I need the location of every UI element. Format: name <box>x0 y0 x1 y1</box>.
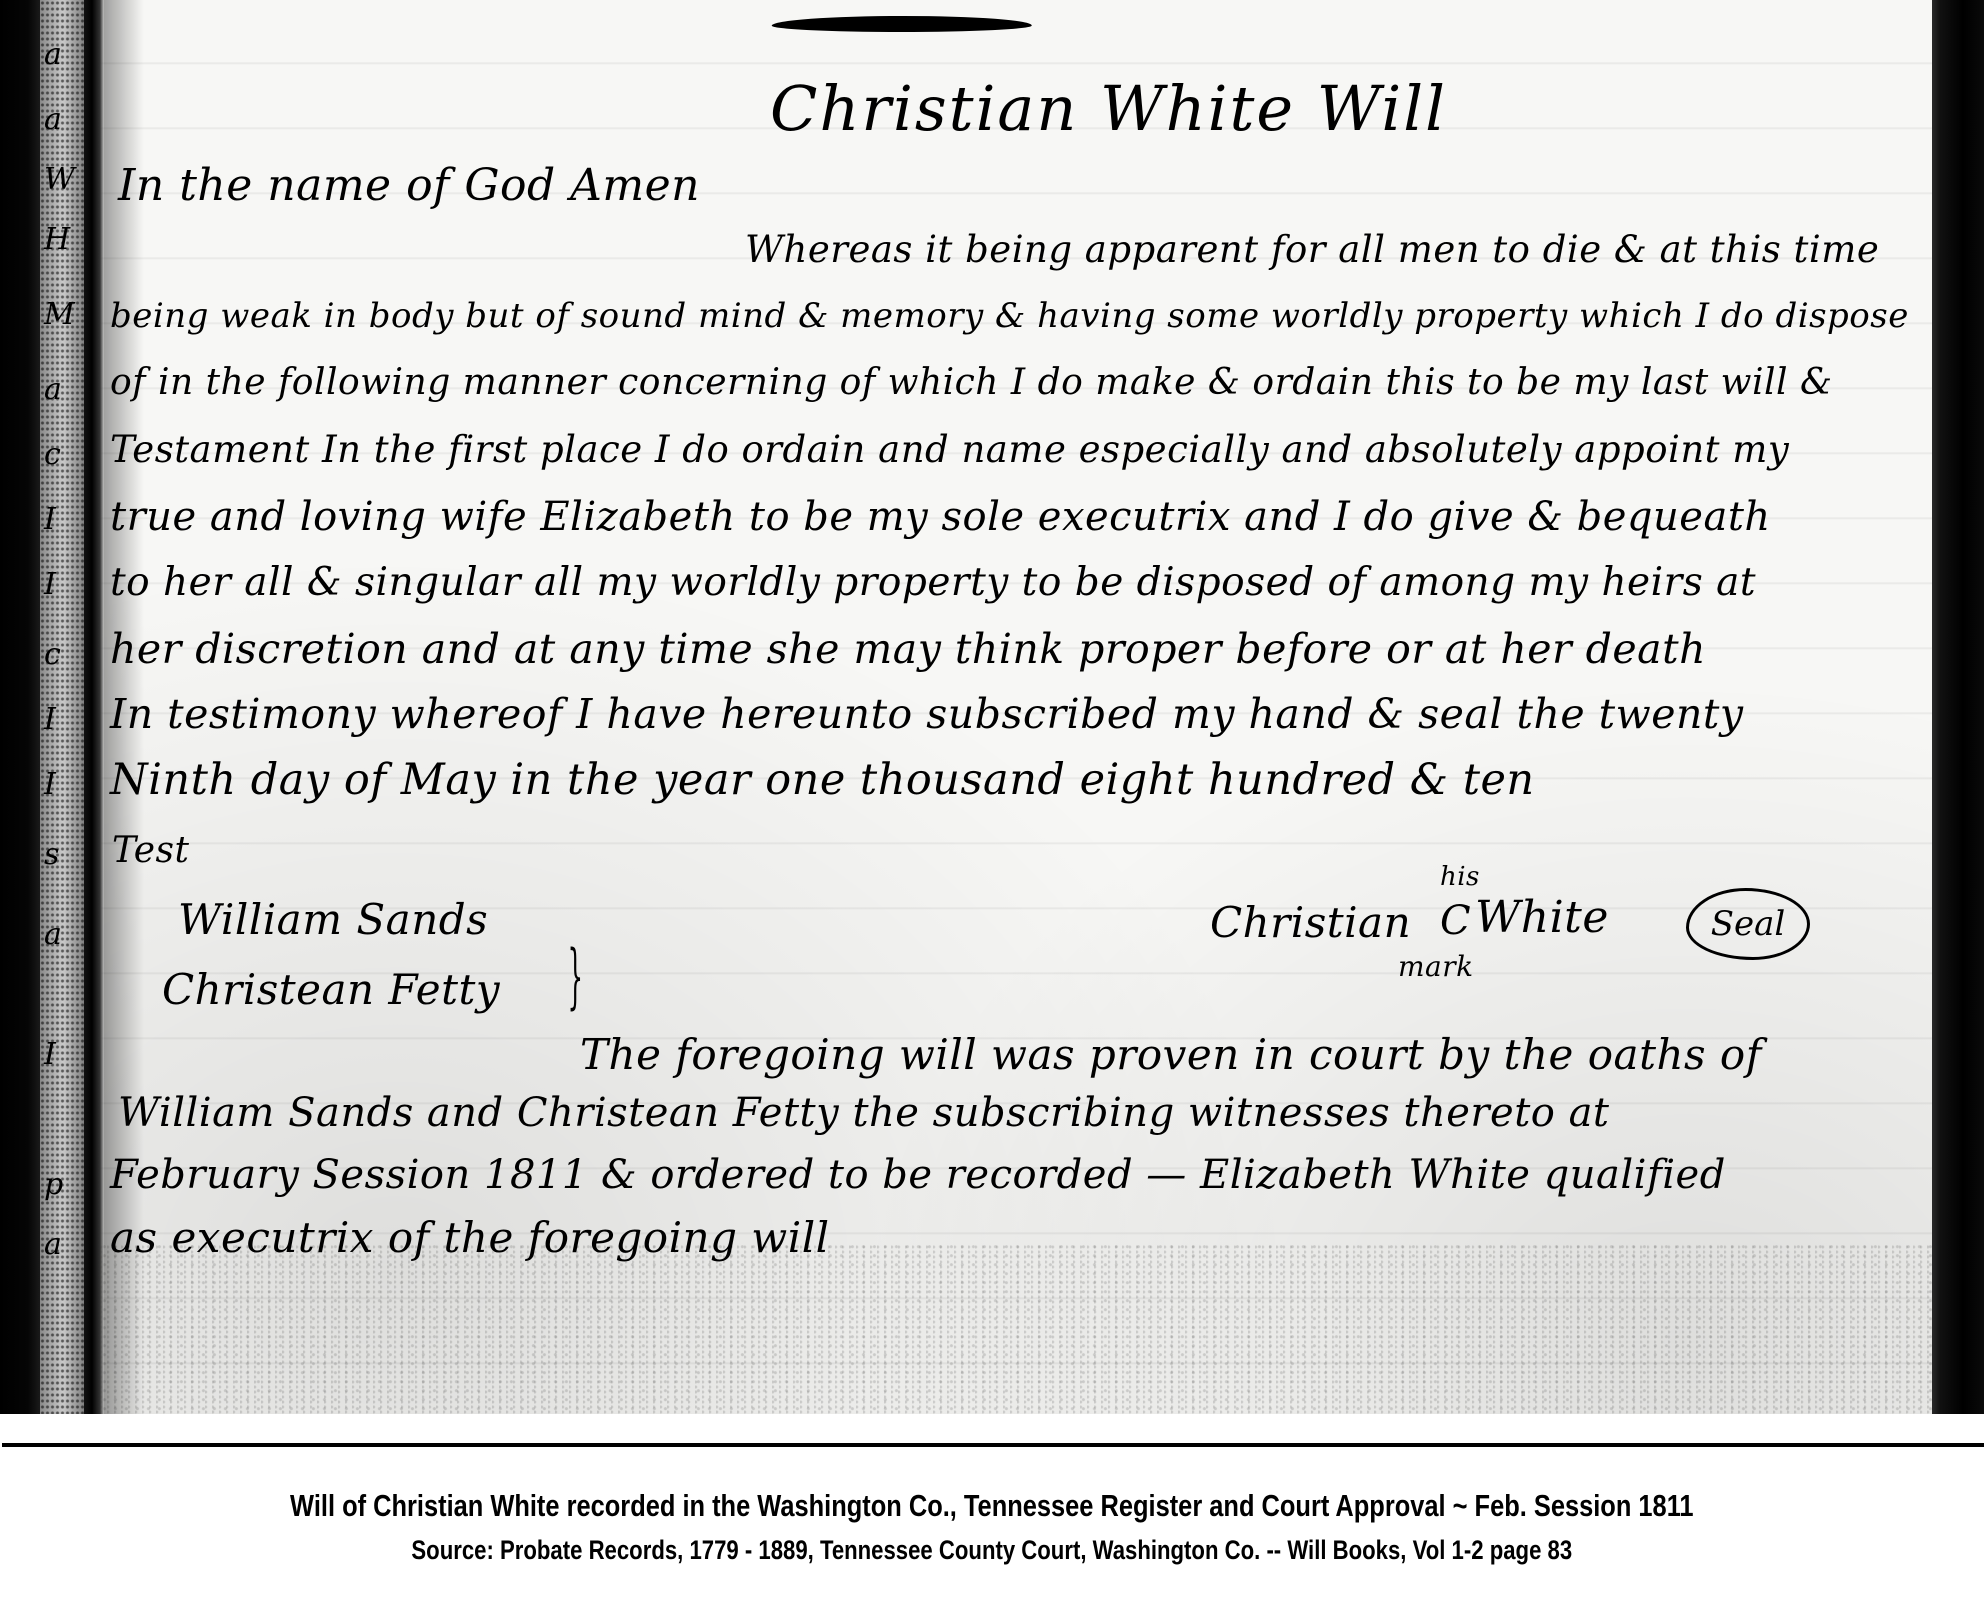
signature-last-name: White <box>1475 892 1609 943</box>
signature-mark-glyph: C <box>1440 898 1471 944</box>
witness-name: William Sands <box>178 895 488 944</box>
witness-brace: } <box>567 935 583 1017</box>
scanned-will-page: a a W H M a c I I c I I s a I p a Christ… <box>0 0 1984 1414</box>
margin-note: H <box>44 225 70 255</box>
margin-note: a <box>44 40 62 70</box>
will-body-line: Testament In the first place I do ordain… <box>110 428 1789 471</box>
margin-note: p <box>44 1170 63 1200</box>
seal-text: Seal <box>1711 904 1786 944</box>
will-body-line: of in the following manner concerning of… <box>110 362 1833 403</box>
caption-title-text: Will of Christian White recorded in the … <box>290 1488 1694 1524</box>
will-body-line: Ninth day of May in the year one thousan… <box>110 755 1535 805</box>
margin-note: a <box>44 375 62 405</box>
will-body-line: In testimony whereof I have hereunto sub… <box>110 690 1744 738</box>
margin-note: c <box>44 440 61 470</box>
will-body-line: being weak in body but of sound mind & m… <box>110 296 1909 336</box>
margin-note: I <box>44 770 56 800</box>
margin-note: c <box>44 640 61 670</box>
signature-his: his <box>1440 862 1480 892</box>
left-binding-shadow <box>0 0 40 1414</box>
margin-note: s <box>44 840 59 870</box>
will-title: Christian White Will <box>770 72 1447 145</box>
ink-blot <box>771 16 1034 32</box>
signature-mark-label: mark <box>1398 950 1474 983</box>
scan-noise <box>100 1244 1932 1414</box>
caption-source: Source: Probate Records, 1779 - 1889, Te… <box>0 1535 1984 1566</box>
margin-note: W <box>44 165 75 195</box>
seal-mark: Seal <box>1686 888 1810 960</box>
probate-line: The foregoing will was proven in court b… <box>580 1030 1762 1079</box>
right-binding-shadow <box>1932 0 1984 1414</box>
margin-note: I <box>44 505 56 535</box>
will-body-line: true and loving wife Elizabeth to be my … <box>110 494 1771 540</box>
caption-source-text: Source: Probate Records, 1779 - 1889, Te… <box>412 1535 1573 1566</box>
margin-note: a <box>44 105 62 135</box>
test-label: Test <box>112 830 189 871</box>
invocation-line: In the name of God Amen <box>118 160 700 211</box>
binding-gutter <box>84 0 104 1414</box>
probate-line: February Session 1811 & ordered to be re… <box>110 1152 1726 1198</box>
margin-note: a <box>44 1230 62 1260</box>
margin-note: a <box>44 920 62 950</box>
will-body-line: her discretion and at any time she may t… <box>110 625 1706 673</box>
will-body-line: Whereas it being apparent for all men to… <box>745 228 1879 271</box>
caption-divider <box>2 1443 1984 1447</box>
will-body-line: to her all & singular all my worldly pro… <box>110 560 1756 605</box>
probate-line: William Sands and Christean Fetty the su… <box>118 1090 1609 1136</box>
margin-note: I <box>44 570 56 600</box>
probate-line: as executrix of the foregoing will <box>110 1213 830 1262</box>
signature-first-name: Christian <box>1210 898 1411 947</box>
margin-note: I <box>44 705 56 735</box>
witness-name: Christean Fetty <box>162 965 500 1014</box>
caption-title: Will of Christian White recorded in the … <box>0 1488 1984 1524</box>
margin-note: I <box>44 1040 56 1070</box>
margin-note: M <box>44 300 75 330</box>
